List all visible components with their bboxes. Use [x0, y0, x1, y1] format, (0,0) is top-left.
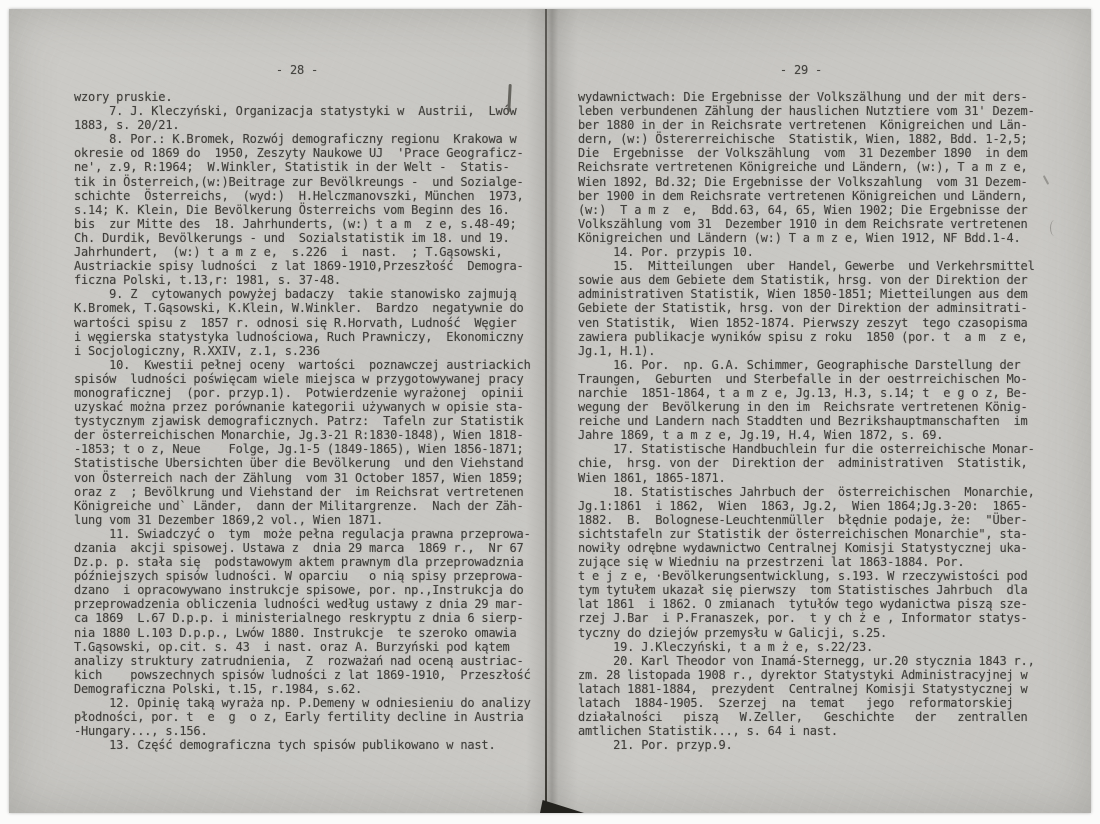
text-line: Jahre 1869, t a m z e, Jg.19, H.4, Wien …	[578, 428, 1048, 442]
text-line: przeprowadzenia obliczenia ludności wedł…	[74, 597, 544, 611]
text-line: sichtstafeln zur Statistik der österreic…	[578, 527, 1048, 541]
text-line: Gebiete der Statistik, hrsg. von der Dir…	[578, 301, 1048, 315]
text-line: 19. J.Kleczyński, t a m ż e, s.22/23.	[578, 640, 1048, 654]
text-line: Traungen, Geburten und Sterbefalle in de…	[578, 372, 1048, 386]
text-line: kich powszechnych spisów ludności z lat …	[74, 668, 544, 682]
text-line: nia 1880 L.103 D.p.p., Lwów 1880. Instru…	[74, 626, 544, 640]
text-line: leben verbundenen Zählung der hauslichen…	[578, 104, 1048, 118]
text-line: okresie od 1869 do 1950, Zeszyty Naukowe…	[74, 146, 544, 160]
text-line: 13. Część demograficzna tych spisów publ…	[74, 738, 544, 752]
text-line: latach 1881-1884, prezydent Centralnej K…	[578, 682, 1048, 696]
text-line: sowie aus dem Gebiete dem Statistik, hrs…	[578, 273, 1048, 287]
text-line: Königreichen und Ländern (w:) T a m z e,…	[578, 231, 1048, 245]
text-line: ven Statistik, Wien 1852-1874. Pierwszy …	[578, 316, 1048, 330]
text-line: Wien 1861, 1865-1871.	[578, 471, 1048, 485]
gutter-line	[545, 9, 547, 813]
text-line: 14. Por. przypis 10.	[578, 245, 1048, 259]
page-29-text: wydawnictwach: Die Ergebnisse der Volksz…	[578, 90, 1048, 752]
text-line: chie, hrsg. von der Direktion der admini…	[578, 456, 1048, 470]
text-line: nowiły odrębne wydawnictwo Centralnej Ko…	[578, 541, 1048, 555]
text-line: spisów ludności poświęcam wiele miejsca …	[74, 372, 544, 386]
text-line: wartości spisu z 1857 r. odnosi się R.Ho…	[74, 316, 544, 330]
text-line: dzania akcji spisowej. Ustawa z dnia 29 …	[74, 541, 544, 555]
text-line: -Hungary..., s.156.	[74, 724, 544, 738]
text-line: narchie 1851-1864, t a m z e, Jg.13, H.3…	[578, 386, 1048, 400]
text-line: 17. Statistische Handbuchlein fur die os…	[578, 442, 1048, 456]
text-line: s.14; K. Klein, Die Bevölkerung Österrei…	[74, 203, 544, 217]
text-line: T.Gąsowski, op.cit. s. 43 i nast. oraz A…	[74, 640, 544, 654]
text-line: monograficznej (por. przyp.1). Potwierdz…	[74, 386, 544, 400]
text-line: schichte Österreichs, (wyd:) H.Helczmano…	[74, 189, 544, 203]
text-line: latach 1884-1905. Szerzej na temat jego …	[578, 696, 1048, 710]
text-line: Jg.1, H.1).	[578, 344, 1048, 358]
page-number-right: - 29 -	[578, 63, 1024, 77]
text-line: lung vom 31 Dezember 1869,2 vol., Wien 1…	[74, 513, 544, 527]
text-line: Reichsrate vertretenen Königreiche und L…	[578, 160, 1048, 174]
text-line: 12. Opinię taką wyraża np. P.Demeny w od…	[74, 696, 544, 710]
text-line: i węgierska statystyka ludnościowa, Ruch…	[74, 330, 544, 344]
text-line: tym tytułem ukazał się pierwszy tom Stat…	[578, 583, 1048, 597]
text-line: zm. 28 listopada 1908 r., dyrektor Staty…	[578, 668, 1048, 682]
text-line: 8. Por.: K.Bromek, Rozwój demograficzny …	[74, 132, 544, 146]
text-line: 9. Z cytowanych powyżej badaczy takie st…	[74, 287, 544, 301]
text-line: oraz z ; Bevölkrung und Viehstand der im…	[74, 485, 544, 499]
text-line: Austriackie spisy ludności z lat 1869-19…	[74, 259, 544, 273]
text-line: 1882. B. Bolognese-Leuchtenmüller błędni…	[578, 513, 1048, 527]
text-line: dern, (w:) Östererreichische Statistik, …	[578, 132, 1048, 146]
text-line: Die Ergebnisse der Volkszählung vom 31 D…	[578, 146, 1048, 160]
text-line: von Österreich nach der Zählung vom 31 O…	[74, 471, 544, 485]
text-line: bis zur Mitte des 18. Jahrhunderts, (w:)…	[74, 217, 544, 231]
text-line: 15. Mitteilungen uber Handel, Gewerbe un…	[578, 259, 1048, 273]
text-line: 11. Swiadczyć o tym może pełna regulacja…	[74, 527, 544, 541]
text-line: Ch. Durdik, Bevölkerungs - und Sozialsta…	[74, 231, 544, 245]
text-line: reiche und Landern nach Staddten und Bez…	[578, 414, 1048, 428]
text-line: późniejszych spisów ludności. W oparciu …	[74, 569, 544, 583]
text-line: (w:) T a m z e, Bdd.63, 64, 65, Wien 190…	[578, 203, 1048, 217]
text-line: t e j z e, ·Bevölkerungsentwicklung, s.1…	[578, 569, 1048, 583]
text-line: zujące się w Wiedniu na przestrzeni lat …	[578, 555, 1048, 569]
text-line: 21. Por. przyp.9.	[578, 738, 1048, 752]
text-line: ber 1900 in dem Reichsrate vertretenen K…	[578, 189, 1048, 203]
text-line: tyczny do dziejów przemysłu w Galicji, s…	[578, 626, 1048, 640]
text-line: Königreiche und` Länder, dann der Milita…	[74, 499, 544, 513]
text-line: 20. Karl Theodor von Inamá-Sternegg, ur.…	[578, 654, 1048, 668]
text-line: 16. Por. np. G.A. Schimmer, Geographisch…	[578, 358, 1048, 372]
text-line: K.Bromek, T.Gąsowski, K.Klein, W.Winkler…	[74, 301, 544, 315]
text-line: Statistische Ubersichten über die Bevölk…	[74, 456, 544, 470]
text-line: wegung der Bevölkerung in den im Reichsr…	[578, 400, 1048, 414]
text-line: ca 1869 L.67 D.p.p. i ministerialnego re…	[74, 611, 544, 625]
scanned-book-spread: - 28 - wzory pruskie. 7. J. Kleczyński, …	[0, 0, 1100, 824]
text-line: 1883, s. 20/21.	[74, 118, 544, 132]
text-line: uzyskać można przez porównanie kategorii…	[74, 400, 544, 414]
text-line: ber 1880 in der in Reichsrate vertretene…	[578, 118, 1048, 132]
text-line: ficzna Polski, t.13,r: 1981, s. 37-48.	[74, 273, 544, 287]
text-line: der österreichischen Monarchie, Jg.3-21 …	[74, 428, 544, 442]
text-line: rzej J.Bar i P.Franaszek, por. t y ch ż …	[578, 611, 1048, 625]
text-line: wzory pruskie.	[74, 90, 544, 104]
margin-pencil-mark	[1050, 220, 1059, 236]
text-line: działalności piszą W.Zeller, Geschichte …	[578, 710, 1048, 724]
page-28-text: wzory pruskie. 7. J. Kleczyński, Organiz…	[74, 90, 544, 752]
gutter-shadow	[526, 9, 578, 813]
text-line: ne', z.9, R:1964; W.Winkler, Statistik i…	[74, 160, 544, 174]
text-line: Jg.1:1861 i 1862, Wien 1863, Jg.2, Wien …	[578, 499, 1048, 513]
text-line: Demograficzna Polski, t.15, r.1984, s.62…	[74, 682, 544, 696]
text-line: 10. Kwestii pełnej oceny wartości poznaw…	[74, 358, 544, 372]
text-line: 18. Statistisches Jahrbuch der österreic…	[578, 485, 1048, 499]
text-line: Volkszählung vom 31 Dezember 1910 in dem…	[578, 217, 1048, 231]
text-line: amtlichen Statistik..., s. 64 i nast.	[578, 724, 1048, 738]
text-line: dzano i opracowywano instrukcje spisowe,…	[74, 583, 544, 597]
text-line: 7. J. Kleczyński, Organizacja statystyki…	[74, 104, 544, 118]
text-line: wydawnictwach: Die Ergebnisse der Volksz…	[578, 90, 1048, 104]
text-line: administrativen Statistik, Wien 1850-185…	[578, 287, 1048, 301]
text-line: analizy struktury zatrudnienia, Z rozważ…	[74, 654, 544, 668]
text-line: płodności, por. t e g o z, Early fertili…	[74, 710, 544, 724]
text-line: -1853; t o z, Neue Folge, Jg.1-5 (1849-1…	[74, 442, 544, 456]
text-line: tik in Österreich,(w:)Beitrage zur Bevöl…	[74, 175, 544, 189]
paper-background: - 28 - wzory pruskie. 7. J. Kleczyński, …	[9, 9, 1091, 813]
text-line: lat 1861 i 1862. O zmianach tytułów tego…	[578, 597, 1048, 611]
page-number-left: - 28 -	[74, 63, 520, 77]
text-line: Wien 1892, Bd.32; Die Ergebnisse der Vol…	[578, 175, 1048, 189]
text-line: i Socjologiczny, R.XXIV, z.1, s.236	[74, 344, 544, 358]
text-line: Dz.p. p. stała się podstawowym aktem pra…	[74, 555, 544, 569]
text-line: zawiera publikacje wyników spisu z roku …	[578, 330, 1048, 344]
text-line: Jahrhundert, (w:) t a m z e, s.226 i nas…	[74, 245, 544, 259]
text-line: tystycznym zjawisk demograficznych. Patr…	[74, 414, 544, 428]
